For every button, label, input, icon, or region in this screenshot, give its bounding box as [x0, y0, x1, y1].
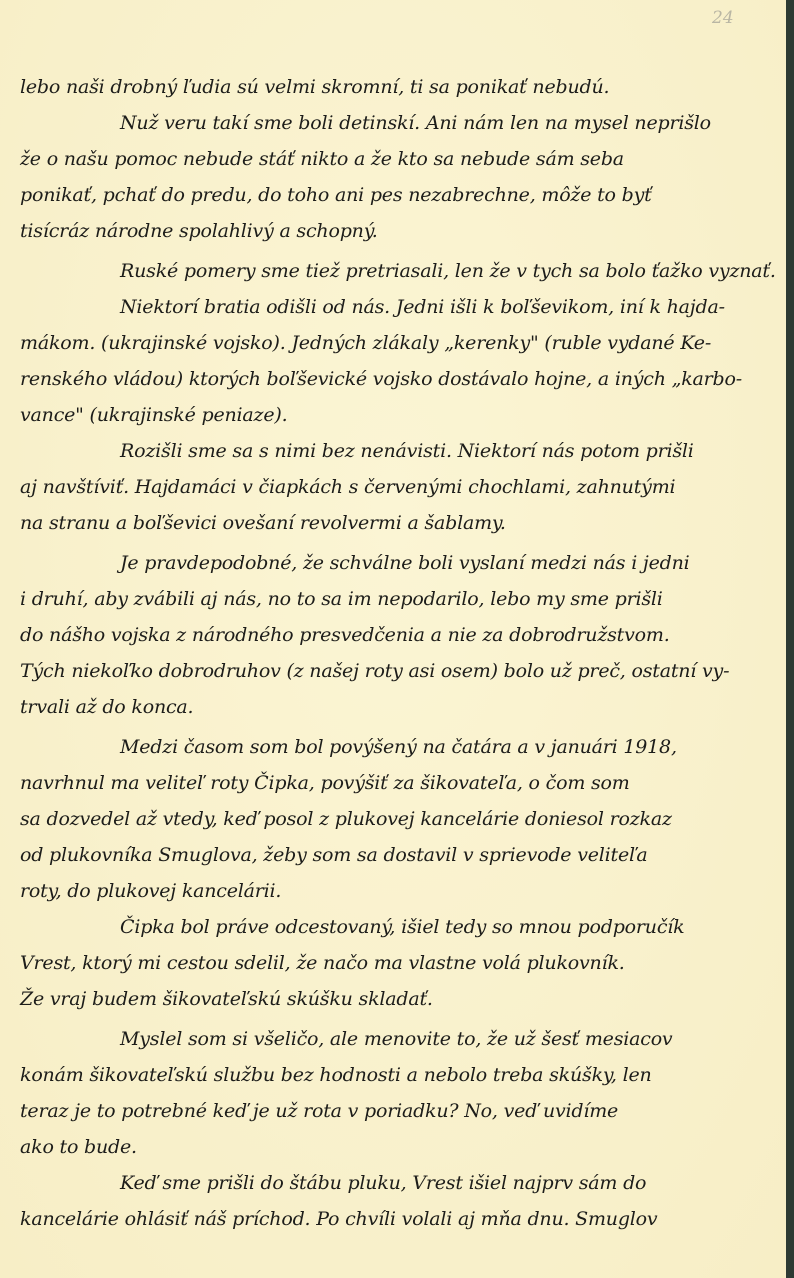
- text-line: konám šikovateľskú službu bez hodnosti a…: [20, 1060, 780, 1090]
- text-line: Niektorí bratia odišli od nás. Jedni išl…: [20, 292, 794, 322]
- manuscript-page: 24 lebo naši drobný ľudia sú velmi skrom…: [0, 0, 786, 1278]
- text-line: ako to bude.: [20, 1132, 780, 1162]
- text-line: aj navštíviť. Hajdamáci v čiapkách s čer…: [20, 472, 780, 502]
- text-line: že o našu pomoc nebude stáť nikto a že k…: [20, 144, 780, 174]
- text-line: do nášho vojska z národného presvedčenia…: [20, 620, 780, 650]
- text-line: teraz je to potrebné keď je už rota v po…: [20, 1096, 780, 1126]
- text-line: Ruské pomery sme tiež pretriasali, len ž…: [20, 256, 794, 286]
- text-line: navrhnul ma veliteľ roty Čipka, povýšiť …: [20, 768, 780, 798]
- text-line: Nuž veru takí sme boli detinskí. Ani nám…: [20, 108, 794, 138]
- text-line: ponikať, pchať do predu, do toho ani pes…: [20, 180, 780, 210]
- text-line: tisícráz národne spolahlivý a schopný.: [20, 216, 780, 246]
- text-line: lebo naši drobný ľudia sú velmi skromní,…: [20, 72, 780, 102]
- page-number: 24: [712, 8, 734, 28]
- text-line: Čipka bol práve odcestovaný, išiel tedy …: [20, 912, 794, 942]
- text-line: od plukovníka Smuglova, žeby som sa dost…: [20, 840, 780, 870]
- text-line: Myslel som si všeličo, ale menovite to, …: [20, 1024, 794, 1054]
- text-line: kancelárie ohlásiť náš príchod. Po chvíl…: [20, 1204, 780, 1234]
- text-line: renského vládou) ktorých boľševické vojs…: [20, 364, 780, 394]
- text-line: vance" (ukrajinské peniaze).: [20, 400, 780, 430]
- text-line: roty, do plukovej kancelárii.: [20, 876, 780, 906]
- text-line: na stranu a boľševici ovešaní revolvermi…: [20, 508, 780, 538]
- text-line: Tých niekoľko dobrodruhov (z našej roty …: [20, 656, 780, 686]
- text-line: Je pravdepodobné, že schválne boli vysla…: [20, 548, 794, 578]
- text-line: Medzi časom som bol povýšený na čatára a…: [20, 732, 794, 762]
- text-line: sa dozvedel až vtedy, keď posol z plukov…: [20, 804, 780, 834]
- text-line: Keď sme prišli do štábu pluku, Vrest iši…: [20, 1168, 794, 1198]
- text-line: trvali až do konca.: [20, 692, 780, 722]
- text-line: Že vraj budem šikovateľskú skúšku sklada…: [20, 984, 780, 1014]
- scan-edge: [786, 0, 794, 1278]
- text-line: Rozišli sme sa s nimi bez nenávisti. Nie…: [20, 436, 794, 466]
- text-line: Vrest, ktorý mi cestou sdelil, že načo m…: [20, 948, 780, 978]
- text-line: mákom. (ukrajinské vojsko). Jedných zlák…: [20, 328, 780, 358]
- text-line: i druhí, aby zvábili aj nás, no to sa im…: [20, 584, 780, 614]
